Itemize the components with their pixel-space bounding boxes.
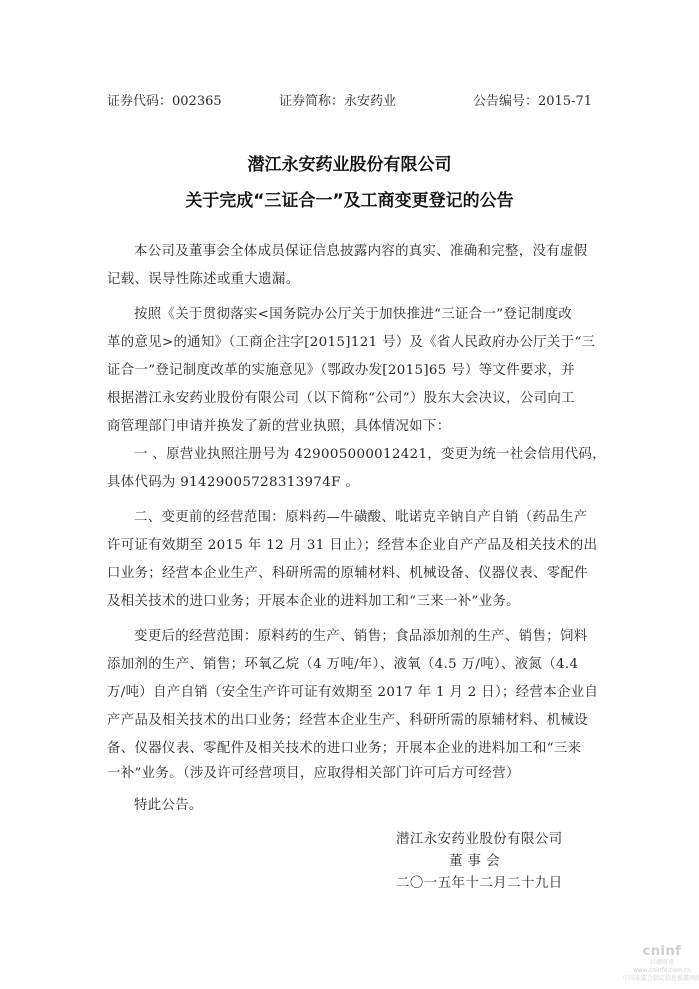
body-line: 许可证有效期至 2015 年 12 月 31 日止）；经营本企业自产产品及相关技… [107,534,597,553]
cninfo-tagline: 中国证监会指定信息披露网站 [622,975,699,983]
body-line: 产产品及相关技术的出口业务；经营本企业生产、科研所需的原辅材料、机械设 [107,709,588,728]
body-line: 记载、误导性陈述或重大遗漏。 [107,268,299,287]
cninfo-url: www.cninfo.com.cn [622,967,699,975]
body-line: 二、变更前的经营范围：原料药—牛磺酸、吡诺克辛钠自产自销（药品生产 [134,506,587,525]
body-line: 商管理部门申请并换发了新的营业执照，具体情况如下： [107,415,451,434]
announcement-number: 公告编号：2015-71 [473,90,592,109]
cninfo-name: 巨潮资讯 [622,959,699,967]
body-line: 具体代码为 91429005728313974F 。 [107,471,359,490]
cninfo-logo: cninf [622,944,699,959]
body-line: 证合一”登记制度改革的实施意见》（鄂政办发[2015]65 号）等文件要求，并 [107,359,575,378]
document-header: 证券代码：002365 证券简称：永安药业 公告编号：2015-71 [107,90,597,110]
body-line: 本公司及董事会全体成员保证信息披露内容的真实、准确和完整，没有虚假 [134,240,587,259]
signature-company: 潜江永安药业股份有限公司 [396,828,563,847]
signature-board: 董 事 会 [449,850,500,869]
body-line: 添加剂的生产、销售；环氧乙烷（4 万吨/年）、液氧（4.5 万/吨）、液氮（4.… [107,653,578,672]
body-line: 及相关技术的进口业务；开展本企业的进料加工和“三来一补”业务。 [107,590,520,609]
body-line: 备、仪器仪表、零配件及相关技术的进口业务；开展本企业的进料加工和“三来 [107,737,581,756]
closing-statement: 特此公告。 [134,794,203,813]
stock-code: 证券代码：002365 [107,90,222,109]
body-line: 口业务；经营本企业生产、科研所需的原辅材料、机械设备、仪器仪表、零配件 [107,562,588,581]
body-line: 一 、原营业执照注册号为 429005000012421，变更为统一社会信用代码… [134,443,606,462]
announcement-title: 关于完成“三证合一”及工商变更登记的公告 [0,186,699,211]
body-line: 一补”业务。（涉及许可经营项目，应取得相关部门许可后方可经营） [107,762,520,781]
body-line: 革的意见>的通知》（工商企注字[2015]121 号）及《省人民政府办公厅关于“… [107,331,595,350]
company-title: 潜江永安药业股份有限公司 [0,150,699,175]
body-line: 根据潜江永安药业股份有限公司（以下简称“公司”）股东大会决议，公司向工 [107,387,575,406]
signature-date: 二〇一五年十二月二十九日 [396,872,563,891]
stock-abbreviation: 证券简称：永安药业 [279,90,396,109]
body-line: 按照《关于贯彻落实<国务院办公厅关于加快推进“三证合一”登记制度改 [134,303,572,322]
body-line: 变更后的经营范围：原料药的生产、销售；食品添加剂的生产、销售；饲料 [134,625,587,644]
cninfo-watermark: cninf 巨潮资讯 www.cninfo.com.cn 中国证监会指定信息披露… [622,944,699,983]
body-line: 万/吨）自产自销（安全生产许可证有效期至 2017 年 1 月 2 日）；经营本… [107,681,598,700]
